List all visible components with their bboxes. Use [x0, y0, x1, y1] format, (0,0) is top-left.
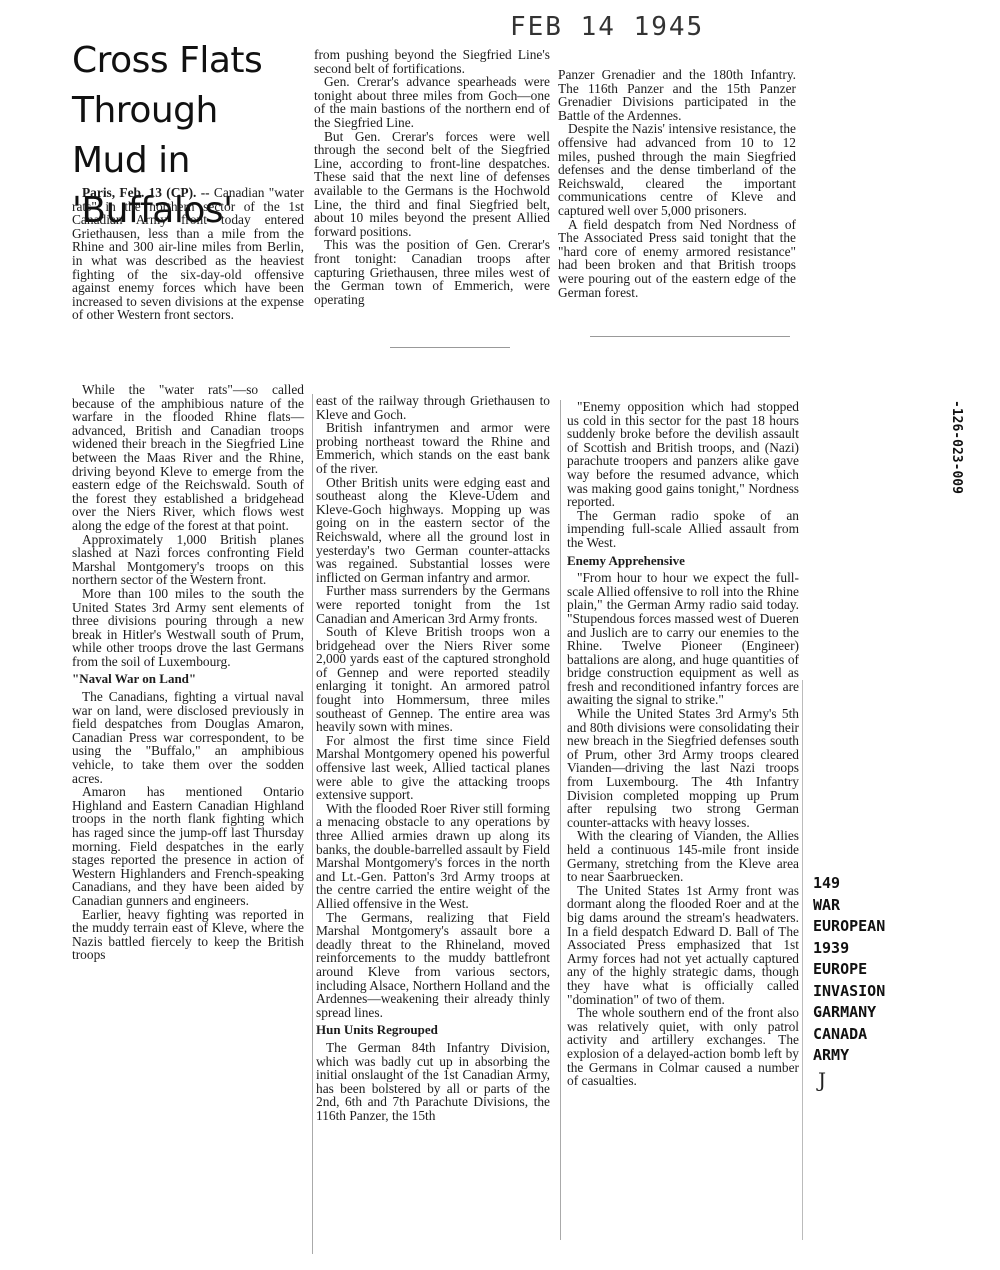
index-tag: GARMANY	[813, 1002, 885, 1024]
paragraph: But Gen. Crerar's forces were well throu…	[314, 130, 550, 239]
column-rule	[560, 400, 561, 1240]
paragraph: The German radio spoke of an impending f…	[567, 509, 799, 550]
paragraph: The whole southern end of the front also…	[567, 1006, 799, 1088]
index-tag: EUROPE	[813, 959, 885, 981]
handwritten-initials: J	[818, 1068, 826, 1092]
index-tag: INVASION	[813, 981, 885, 1003]
paragraph: The Germans, realizing that Field Marsha…	[316, 911, 550, 1020]
paragraph: east of the railway through Griethausen …	[316, 394, 550, 421]
divider	[390, 347, 510, 348]
paragraph: The Canadians, fighting a virtual naval …	[72, 690, 304, 785]
paragraph: "From hour to hour we expect the full-sc…	[567, 571, 799, 707]
paragraph: from pushing beyond the Siegfried Line's…	[314, 48, 550, 75]
index-tag: 1939	[813, 938, 885, 960]
paragraph: Paris, Feb. 13 (CP). -- Canadian "water …	[72, 186, 304, 322]
paragraph: Earlier, heavy fighting was reported in …	[72, 908, 304, 962]
date-stamp: FEB 14 1945	[510, 12, 704, 42]
column-rule	[312, 394, 313, 1254]
paragraph: Despite the Nazis' intensive resistance,…	[558, 122, 796, 217]
column-rule	[802, 680, 803, 1240]
subheading: Enemy Apprehensive	[567, 554, 799, 568]
paragraph: Amaron has mentioned Ontario Highland an…	[72, 785, 304, 907]
paragraph: The German 84th Infantry Division, which…	[316, 1041, 550, 1123]
subheading: "Naval War on Land"	[72, 672, 304, 686]
divider	[590, 336, 790, 337]
index-tag: ARMY	[813, 1045, 885, 1067]
index-tag: EUROPEAN	[813, 916, 885, 938]
paragraph: South of Kleve British troops won a brid…	[316, 625, 550, 734]
index-tag: WAR	[813, 895, 885, 917]
paragraph: The United States 1st Army front was dor…	[567, 884, 799, 1006]
paragraph: While the United States 3rd Army's 5th a…	[567, 707, 799, 829]
paragraph: While the "water rats"—so called because…	[72, 383, 304, 533]
archive-number: -126-023-009	[949, 400, 964, 494]
paragraph: With the clearing of Vianden, the Allies…	[567, 829, 799, 883]
index-tag: 149	[813, 873, 885, 895]
paragraph: Panzer Grenadier and the 180th Infantry.…	[558, 68, 796, 122]
subheading: Hun Units Regrouped	[316, 1023, 550, 1037]
column-1-top: Paris, Feb. 13 (CP). -- Canadian "water …	[72, 186, 304, 322]
column-2-top: from pushing beyond the Siegfried Line's…	[314, 48, 550, 306]
paragraph: British infantrymen and armor were probi…	[316, 421, 550, 475]
index-tags: 149 WAR EUROPEAN 1939 EUROPE INVASION GA…	[813, 873, 885, 1067]
paragraph: Further mass surrenders by the Germans w…	[316, 584, 550, 625]
paragraph: "Enemy opposition which had stopped us c…	[567, 400, 799, 509]
paragraph: For almost the first time since Field Ma…	[316, 734, 550, 802]
index-tag: CANADA	[813, 1024, 885, 1046]
paragraph: With the flooded Roer River still formin…	[316, 802, 550, 911]
paragraph: This was the position of Gen. Crerar's f…	[314, 238, 550, 306]
paragraph: Other British units were edging east and…	[316, 476, 550, 585]
column-2-bottom: east of the railway through Griethausen …	[316, 394, 550, 1122]
paragraph: Gen. Crerar's advance spearheads were to…	[314, 75, 550, 129]
paragraph: Approximately 1,000 British planes slash…	[72, 533, 304, 587]
column-1-bottom: While the "water rats"—so called because…	[72, 383, 304, 962]
column-3-bottom: "Enemy opposition which had stopped us c…	[567, 400, 799, 1088]
paragraph: More than 100 miles to the south the Uni…	[72, 587, 304, 669]
paragraph: A field despatch from Ned Nordness of Th…	[558, 218, 796, 300]
column-3-top: Panzer Grenadier and the 180th Infantry.…	[558, 68, 796, 299]
